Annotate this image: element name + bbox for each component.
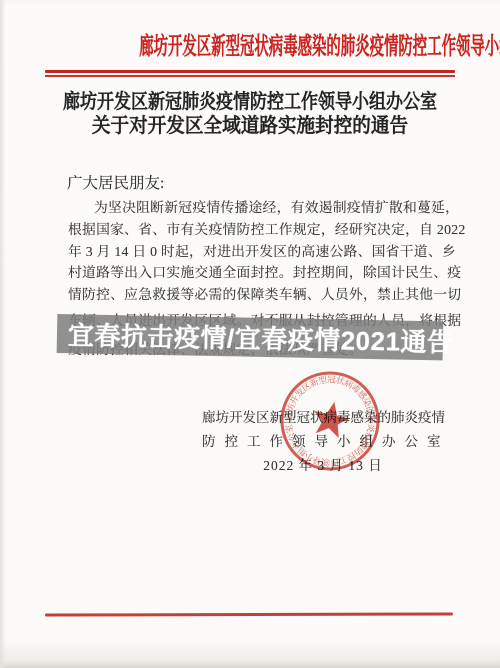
- footer-red-line: [45, 612, 453, 616]
- letterhead-org-name-text: 廊坊开发区新型冠状病毒感染的肺炎疫情防控工作领导小组办公室: [139, 30, 500, 64]
- body-line: 情防控、应急救援等必需的保障类车辆、人员外，禁止其他一切: [68, 284, 458, 306]
- rule-thick-line: [45, 70, 455, 73]
- body-line: 根据国家、省、市有关疫情防控工作规定，经研究决定，自 2022: [68, 219, 458, 241]
- document-title-line-1: 廊坊开发区新冠肺炎疫情防控工作领导小组办公室: [0, 90, 500, 114]
- official-seal: 廊坊开发区新型冠状病毒感染的肺炎疫情防控工作领导小组办公室: [278, 369, 382, 473]
- document-title: 廊坊开发区新冠肺炎疫情防控工作领导小组办公室 关于对开发区全域道路实施封控的通告: [0, 90, 500, 138]
- body-line: 年 3 月 14 日 0 时起，对进出开发区的高速公路、国省干道、乡: [68, 241, 458, 263]
- rule-thin-line: [45, 75, 455, 77]
- letterhead-org-name: 廊坊开发区新型冠状病毒感染的肺炎疫情防控工作领导小组办公室: [0, 30, 500, 64]
- document-title-line-2: 关于对开发区全域道路实施封控的通告: [0, 114, 500, 138]
- seal-star-icon: [310, 398, 353, 439]
- letterhead-double-rule: [45, 70, 455, 77]
- document-page: 廊坊开发区新型冠状病毒感染的肺炎疫情防控工作领导小组办公室 廊坊开发区新冠肺炎疫…: [0, 0, 500, 668]
- salutation: 广大居民朋友:: [67, 171, 164, 193]
- body-line: 为坚决阻断新冠疫情传播途经，有效遏制疫情扩散和蔓延，: [68, 197, 458, 219]
- watermark-overlay: 宜春抗击疫情/宜春疫情2021通告: [57, 314, 444, 360]
- watermark-text: 宜春抗击疫情/宜春疫情2021通告: [57, 315, 454, 360]
- body-line: 村道路等出入口实施交通全面封控。封控期间，除国计民生、疫: [68, 262, 458, 284]
